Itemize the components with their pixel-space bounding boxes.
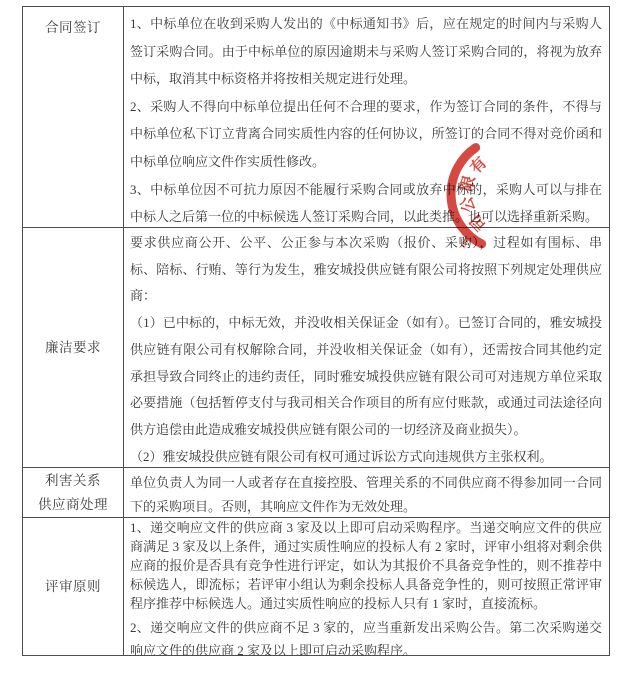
row-label-text-line1: 利害关系 [45,469,101,493]
paragraph: （1）已中标的，中标无效，并没收相关保证金（如有）。已签订合同的，雅安城投供应链… [130,310,602,444]
document-page: 合同签订 1、中标单位在收到采购人发出的《中标通知书》后，应在规定的时间内与采购… [0,0,624,684]
paragraph: 单位负责人为同一人或者存在直接控股、管理关系的不同供应商不得参加同一合同下的采购… [130,471,602,517]
paragraph: 要求供应商公开、公平、公正参与本次采购（报价、采购），过程如有围标、串标、陪标、… [130,230,602,310]
paragraph: 2、递交响应文件的供应商不足 3 家的，应当重新发出采购公告。第二次采购递交响应… [130,616,602,655]
row-content-integrity-requirements: 要求供应商公开、公平、公正参与本次采购（报价、采购），过程如有围标、串标、陪标、… [124,228,609,467]
row-content-review-principles: 1、递交响应文件的供应商 3 家及以上即可启动采购程序。当递交响应文件的供应商满… [124,518,609,655]
row-label-text-line2: 供应商处理 [38,493,108,517]
row-label-text: 廉洁要求 [45,336,101,360]
row-label-text: 合同签订 [45,16,101,40]
row-content-contract-signing: 1、中标单位在收到采购人发出的《中标通知书》后，应在规定的时间内与采购人签订采购… [124,7,609,227]
row-label-contract-signing: 合同签订 [23,7,124,227]
paragraph: 1、递交响应文件的供应商 3 家及以上即可启动采购程序。当递交响应文件的供应商满… [130,518,602,613]
table-row-integrity-requirements: 廉洁要求 要求供应商公开、公平、公正参与本次采购（报价、采购），过程如有围标、串… [23,228,609,468]
row-label-integrity-requirements: 廉洁要求 [23,228,124,467]
paragraph: （2）雅安城投供应链有限公司有权可通过诉讼方式向违规供方主张权利。 [130,444,602,467]
row-label-related-supplier-handling: 利害关系 供应商处理 [23,468,124,517]
table-row-contract-signing: 合同签订 1、中标单位在收到采购人发出的《中标通知书》后，应在规定的时间内与采购… [23,7,609,228]
row-label-review-principles: 评审原则 [23,518,124,655]
table-row-review-principles: 评审原则 1、递交响应文件的供应商 3 家及以上即可启动采购程序。当递交响应文件… [23,518,609,655]
table-row-related-supplier-handling: 利害关系 供应商处理 单位负责人为同一人或者存在直接控股、管理关系的不同供应商不… [23,468,609,518]
paragraph: 1、中标单位在收到采购人发出的《中标通知书》后，应在规定的时间内与采购人签订采购… [130,10,602,93]
procurement-terms-table: 合同签订 1、中标单位在收到采购人发出的《中标通知书》后，应在规定的时间内与采购… [22,6,610,656]
paragraph: 3、中标单位因不可抗力原因不能履行采购合同或放弃中标的，采购人可以与排在中标人之… [130,176,602,227]
paragraph: 2、采购人不得向中标单位提出任何不合理的要求，作为签订合同的条件，不得与中标单位… [130,93,602,176]
row-label-text: 评审原则 [45,575,101,599]
row-content-related-supplier-handling: 单位负责人为同一人或者存在直接控股、管理关系的不同供应商不得参加同一合同下的采购… [124,468,609,517]
